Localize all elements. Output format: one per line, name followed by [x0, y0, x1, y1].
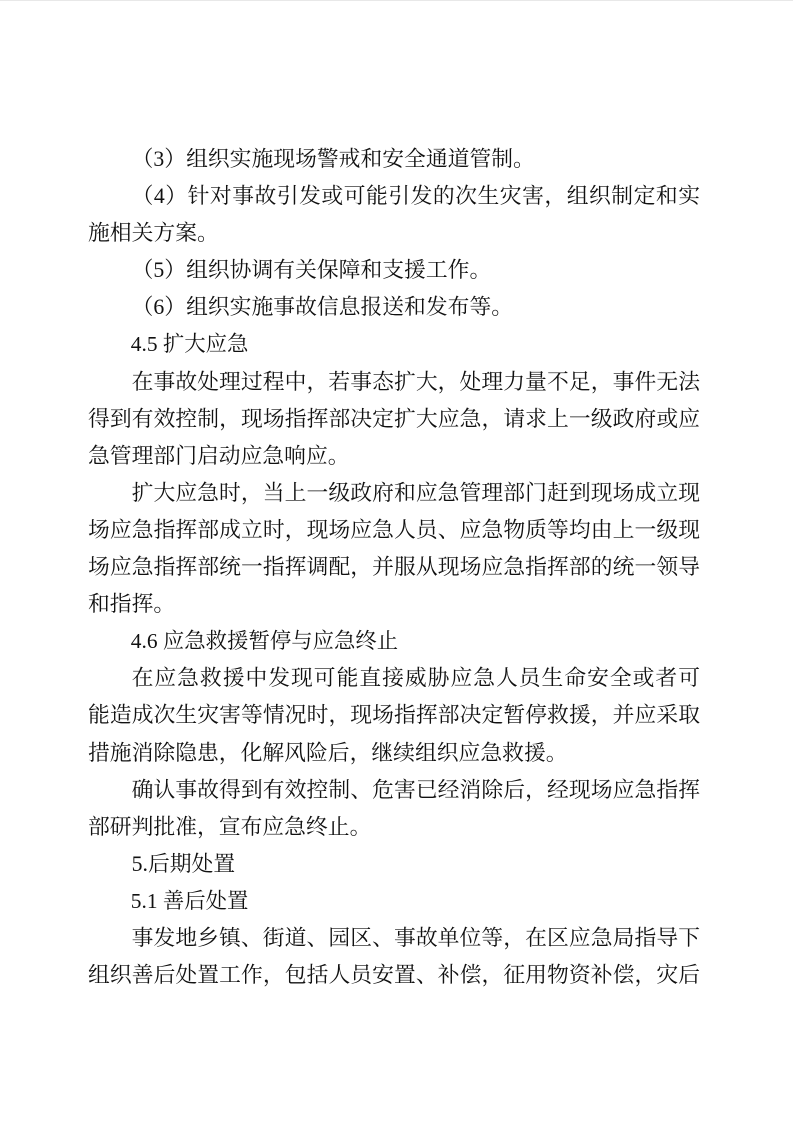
paragraph: 确认事故得到有效控制、危害已经消除后，经现场应急指挥部研判批准，宣布应急终止。 [88, 772, 700, 846]
text-line: 施相关方案。 [88, 215, 700, 252]
heading-level-2: 4.6 应急救援暂停与应急终止 [88, 623, 700, 660]
document-body: （3）组织实施现场警戒和安全通道管制。（4）针对事故引发或可能引发的次生灾害，组… [88, 141, 700, 994]
text-line: 4.6 应急救援暂停与应急终止 [88, 623, 700, 660]
paragraph: 在应急救援中发现可能直接威胁应急人员生命安全或者可能造成次生灾害等情况时，现场指… [88, 660, 700, 771]
paragraph: （5）组织协调有关保障和支援工作。 [88, 252, 700, 289]
text-line: 部研判批准，宣布应急终止。 [88, 809, 700, 846]
text-line: 在应急救援中发现可能直接威胁应急人员生命安全或者可 [88, 660, 700, 697]
text-line: （4）针对事故引发或可能引发的次生灾害，组织制定和实 [88, 178, 700, 215]
paragraph: （4）针对事故引发或可能引发的次生灾害，组织制定和实施相关方案。 [88, 178, 700, 252]
text-line: 确认事故得到有效控制、危害已经消除后，经现场应急指挥 [88, 772, 700, 809]
text-line: 能造成次生灾害等情况时，现场指挥部决定暂停救援，并应采取 [88, 697, 700, 734]
text-line: 场应急指挥部统一指挥调配，并服从现场应急指挥部的统一领导 [88, 549, 700, 586]
text-line: （6）组织实施事故信息报送和发布等。 [88, 289, 700, 326]
text-line: 4.5 扩大应急 [88, 326, 700, 363]
text-line: 5.1 善后处置 [88, 883, 700, 920]
heading-level-2: 4.5 扩大应急 [88, 326, 700, 363]
heading-level-2: 5.1 善后处置 [88, 883, 700, 920]
paragraph: （3）组织实施现场警戒和安全通道管制。 [88, 141, 700, 178]
heading-level-1: 5.后期处置 [88, 846, 700, 883]
text-line: （3）组织实施现场警戒和安全通道管制。 [88, 141, 700, 178]
paragraph: 事发地乡镇、街道、园区、事故单位等，在区应急局指导下组织善后处置工作，包括人员安… [88, 920, 700, 994]
text-line: 扩大应急时，当上一级政府和应急管理部门赶到现场成立现 [88, 475, 700, 512]
paragraph: 扩大应急时，当上一级政府和应急管理部门赶到现场成立现场应急指挥部成立时，现场应急… [88, 475, 700, 623]
text-line: （5）组织协调有关保障和支援工作。 [88, 252, 700, 289]
text-line: 5.后期处置 [88, 846, 700, 883]
text-line: 急管理部门启动应急响应。 [88, 438, 700, 475]
paragraph: （6）组织实施事故信息报送和发布等。 [88, 289, 700, 326]
document-page: （3）组织实施现场警戒和安全通道管制。（4）针对事故引发或可能引发的次生灾害，组… [0, 0, 793, 1122]
text-line: 得到有效控制，现场指挥部决定扩大应急，请求上一级政府或应 [88, 401, 700, 438]
text-line: 事发地乡镇、街道、园区、事故单位等，在区应急局指导下 [88, 920, 700, 957]
text-line: 场应急指挥部成立时，现场应急人员、应急物质等均由上一级现 [88, 512, 700, 549]
text-line: 在事故处理过程中，若事态扩大，处理力量不足，事件无法 [88, 364, 700, 401]
text-line: 措施消除隐患，化解风险后，继续组织应急救援。 [88, 735, 700, 772]
text-line: 组织善后处置工作，包括人员安置、补偿，征用物资补偿，灾后 [88, 957, 700, 994]
paragraph: 在事故处理过程中，若事态扩大，处理力量不足，事件无法得到有效控制，现场指挥部决定… [88, 364, 700, 475]
text-line: 和指挥。 [88, 586, 700, 623]
